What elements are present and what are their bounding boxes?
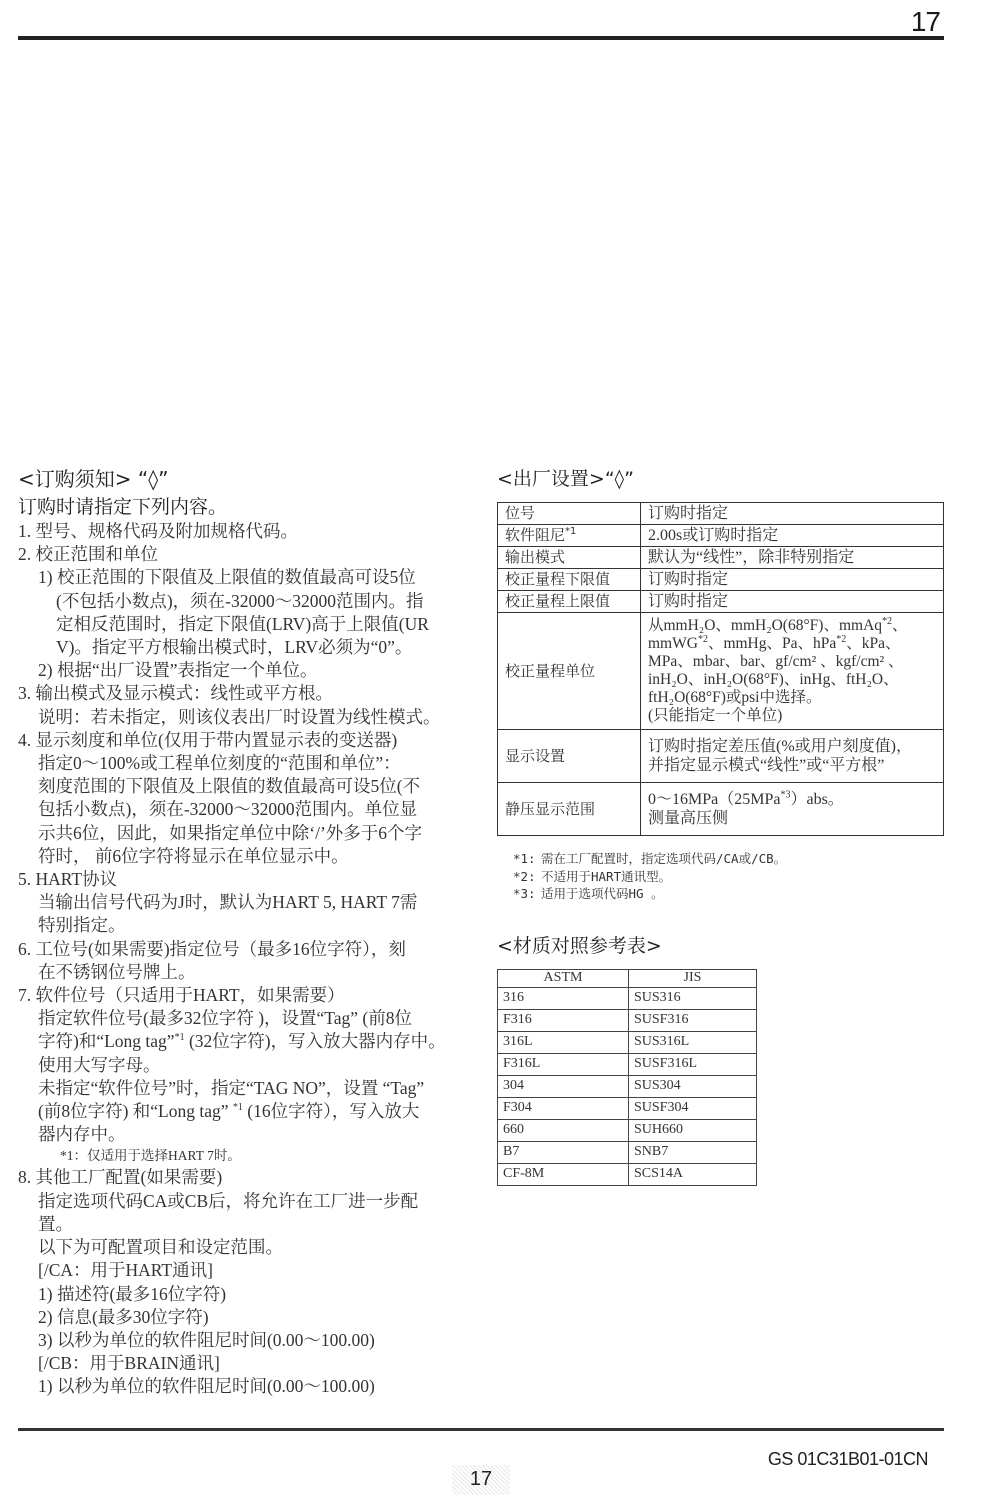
list-text: 当输出信号代码为J时，默认为HART 5, HART 7需	[18, 891, 488, 914]
list-text: 说明：若未指定，则该仪表出厂时设置为线性模式。	[18, 706, 488, 729]
list-text: 器内存中。	[18, 1123, 488, 1146]
table-row: 316SUS316	[498, 987, 757, 1009]
right-column: <出厂设置>“◊” 位号 订购时指定 软件阻尼*1 2.00s或订购时指定 输出…	[497, 466, 947, 1186]
table-row: F304SUSF304	[498, 1097, 757, 1119]
jis-cell: SUSF316L	[629, 1053, 757, 1075]
list-text: V)。指定平方根输出模式时，LRV必须为“0”。	[18, 636, 488, 659]
jis-cell: SUSF304	[629, 1097, 757, 1119]
value-line: 从mmH₂O、mmH₂O(68°F)、mmAq*2、	[648, 617, 936, 635]
list-item-5: 5. HART协议	[18, 868, 488, 891]
list-text: 指定0～100%或工程单位刻度的“范围和单位”：	[18, 752, 488, 775]
footnote-text: 不适用于HART通讯型。	[541, 869, 671, 884]
value-line: 订购时指定差压值(%或用户刻度值)，	[648, 737, 936, 756]
jis-cell: SCS14A	[629, 1163, 757, 1185]
list-item-2: 2. 校正范围和单位	[18, 543, 488, 566]
list-item-4: 4. 显示刻度和单位(仅用于带内置显示表的变送器)	[18, 729, 488, 752]
factory-settings-footnotes: *1:需在工厂配置时，指定选项代码/CA或/CB。 *2:不适用于HART通讯型…	[497, 850, 947, 903]
table-row: 校正量程单位 从mmH₂O、mmH₂O(68°F)、mmAq*2、 mmWG*2…	[498, 613, 944, 730]
table-key: 校正量程下限值	[498, 569, 641, 591]
list-text: 3) 以秒为单位的软件阻尼时间(0.00～100.00)	[18, 1329, 488, 1352]
ordering-info-title: <订购须知> “◊”	[18, 466, 488, 492]
list-text: 使用大写字母。	[18, 1054, 488, 1077]
list-item-8: 8. 其他工厂配置(如果需要)	[18, 1166, 488, 1189]
key-text: 软件阻尼	[505, 526, 565, 544]
list-text: [/CB：用于BRAIN通讯]	[18, 1352, 488, 1375]
table-row: F316SUSF316	[498, 1009, 757, 1031]
astm-cell: F316	[498, 1009, 629, 1031]
value-line: inH₂O、inH₂O(68°F)、inHg、ftH₂O、	[648, 671, 936, 689]
value-line: ftH₂O(68°F)或psi中选择。	[648, 689, 936, 707]
text-fragment: ）abs。	[790, 791, 843, 808]
list-text: (前8位字符) 和“Long tag” *1 (16位字符），写入放大	[18, 1100, 488, 1123]
footnote-ref: *2	[836, 634, 846, 645]
text-fragment: 、	[892, 617, 908, 634]
jis-cell: SUS304	[629, 1075, 757, 1097]
footnote-ref: *3	[780, 790, 790, 801]
value-line: (只能指定一个单位)	[648, 707, 936, 725]
footnote-text: 需在工厂配置时，指定选项代码/CA或/CB。	[541, 851, 786, 866]
footnote-text: 适用于选项代码HG 。	[541, 886, 664, 901]
document-code: GS 01C31B01-01CN	[768, 1449, 928, 1470]
ordering-info-list: 1. 型号、规格代码及附加规格代码。 2. 校正范围和单位 1) 校正范围的下限…	[18, 520, 488, 1399]
value-line: mmWG*2、mmHg、Pa、hPa*2、kPa、	[648, 635, 936, 653]
astm-cell: 316L	[498, 1031, 629, 1053]
list-text: 特别指定。	[18, 914, 488, 937]
list-item-6: 6. 工位号(如果需要)指定位号（最多16位字符），刻	[18, 938, 488, 961]
ordering-info-section: <订购须知> “◊” 订购时请指定下列内容。 1. 型号、规格代码及附加规格代码…	[18, 466, 488, 1399]
value-line: 0～16MPa（25MPa*3）abs。	[648, 790, 936, 809]
astm-cell: 304	[498, 1075, 629, 1097]
table-value: 订购时指定	[641, 569, 944, 591]
list-subitem: 2) 根据“出厂设置”表指定一个单位。	[18, 659, 488, 682]
text-fragment: 从mmH₂O、mmH₂O(68°F)、mmAq	[648, 617, 882, 634]
table-row: 316LSUS316L	[498, 1031, 757, 1053]
list-text: 未指定“软件位号”时，指定“TAG NO”，设置 “Tag”	[18, 1077, 488, 1100]
footnote-ref: *2	[698, 634, 708, 645]
footnote-ref: *1	[233, 1102, 243, 1113]
list-text: (不包括小数点)，须在-32000～32000范围内。指	[18, 590, 488, 613]
astm-cell: B7	[498, 1141, 629, 1163]
footnote: *1:需在工厂配置时，指定选项代码/CA或/CB。	[513, 850, 947, 868]
jis-cell: SUS316L	[629, 1031, 757, 1053]
value-line: MPa、mbar、bar、gf/cm² 、kgf/cm² 、	[648, 653, 936, 671]
text-fragment: (32位字符)，写入放大器内存中。	[185, 1031, 446, 1051]
list-text: 置。	[18, 1213, 488, 1236]
list-text: 示共6位，因此，如果指定单位中除‘/’外多于6个字	[18, 822, 488, 845]
materials-table: ASTM JIS 316SUS316 F316SUSF316 316LSUS31…	[497, 969, 757, 1186]
table-row: 显示设置 订购时指定差压值(%或用户刻度值)， 并指定显示模式“线性”或“平方根…	[498, 730, 944, 783]
table-row: 静压显示范围 0～16MPa（25MPa*3）abs。 测量高压侧	[498, 783, 944, 836]
list-text: 2) 信息(最多30位字符)	[18, 1306, 488, 1329]
text-fragment: 字符)和“Long tag”	[38, 1031, 175, 1051]
list-item-7: 7. 软件位号（只适用于HART，如果需要）	[18, 984, 488, 1007]
factory-settings-title: <出厂设置>“◊”	[497, 466, 947, 492]
column-header-astm: ASTM	[498, 969, 629, 987]
table-value: 默认为“线性”，除非特别指定	[641, 547, 944, 569]
list-text: 指定选项代码CA或CB后，将允许在工厂进一步配	[18, 1190, 488, 1213]
table-row: B7SNB7	[498, 1141, 757, 1163]
list-text: 定相反范围时，指定下限值(LRV)高于上限值(UR	[18, 613, 488, 636]
header-rule	[18, 36, 944, 40]
astm-cell: F316L	[498, 1053, 629, 1075]
footnote-mark: *2:	[513, 868, 541, 886]
list-text: 符时， 前6位字符将显示在单位显示中。	[18, 845, 488, 868]
list-text: 包括小数点)，须在-32000～32000范围内。单位显	[18, 798, 488, 821]
footnote: *2:不适用于HART通讯型。	[513, 868, 947, 886]
footnote-mark: *3:	[513, 885, 541, 903]
astm-cell: F304	[498, 1097, 629, 1119]
astm-cell: CF-8M	[498, 1163, 629, 1185]
list-text: 在不锈钢位号牌上。	[18, 961, 488, 984]
list-text: 1) 描述符(最多16位字符)	[18, 1283, 488, 1306]
table-value: 订购时指定	[641, 503, 944, 525]
table-value: 0～16MPa（25MPa*3）abs。 测量高压侧	[641, 783, 944, 836]
table-row: 校正量程上限值 订购时指定	[498, 591, 944, 613]
table-row: CF-8MSCS14A	[498, 1163, 757, 1185]
text-fragment: 0～16MPa（25MPa	[648, 791, 780, 808]
table-key: 校正量程单位	[498, 613, 641, 730]
list-subitem: 1) 校正范围的下限值及上限值的数值最高可设5位	[18, 566, 488, 589]
table-value: 2.00s或订购时指定	[641, 525, 944, 547]
value-line: 并指定显示模式“线性”或“平方根”	[648, 756, 936, 775]
table-row: 304SUS304	[498, 1075, 757, 1097]
jis-cell: SUS316	[629, 987, 757, 1009]
table-row: 输出模式 默认为“线性”，除非特别指定	[498, 547, 944, 569]
factory-settings-table: 位号 订购时指定 软件阻尼*1 2.00s或订购时指定 输出模式 默认为“线性”…	[497, 502, 944, 836]
footer-rule	[18, 1428, 944, 1431]
text-fragment: (前8位字符) 和“Long tag”	[38, 1101, 233, 1121]
table-row: 660SUH660	[498, 1119, 757, 1141]
jis-cell: SNB7	[629, 1141, 757, 1163]
table-key: 校正量程上限值	[498, 591, 641, 613]
table-key: 位号	[498, 503, 641, 525]
list-text: 刻度范围的下限值及上限值的数值最高可设5位(不	[18, 775, 488, 798]
table-header-row: ASTM JIS	[498, 969, 757, 987]
footnote: *3:适用于选项代码HG 。	[513, 885, 947, 903]
footnote-ref: *2	[882, 616, 892, 627]
value-line: 测量高压侧	[648, 809, 936, 828]
table-key: 输出模式	[498, 547, 641, 569]
column-header-jis: JIS	[629, 969, 757, 987]
page-number-bottom: 17	[452, 1465, 510, 1495]
list-text: [/CA：用于HART通讯]	[18, 1259, 488, 1282]
list-text: 指定软件位号(最多32位字符 )，设置“Tag” (前8位	[18, 1007, 488, 1030]
table-key: 静压显示范围	[498, 783, 641, 836]
footnote-ref: *1	[565, 526, 576, 537]
list-text: 1) 以秒为单位的软件阻尼时间(0.00～100.00)	[18, 1375, 488, 1398]
text-fragment: (16位字符），写入放大	[243, 1101, 419, 1121]
jis-cell: SUSF316	[629, 1009, 757, 1031]
text-fragment: mmWG	[648, 635, 698, 652]
table-key: 软件阻尼*1	[498, 525, 641, 547]
footnote-mark: *1:	[513, 850, 541, 868]
jis-cell: SUH660	[629, 1119, 757, 1141]
table-value: 订购时指定差压值(%或用户刻度值)， 并指定显示模式“线性”或“平方根”	[641, 730, 944, 783]
footnote-note: *1：仅适用于选择HART 7时。	[18, 1146, 488, 1166]
table-row: 位号 订购时指定	[498, 503, 944, 525]
list-item-1: 1. 型号、规格代码及附加规格代码。	[18, 520, 488, 543]
page-number-top: 17	[911, 6, 940, 38]
table-row: 软件阻尼*1 2.00s或订购时指定	[498, 525, 944, 547]
table-value: 从mmH₂O、mmH₂O(68°F)、mmAq*2、 mmWG*2、mmHg、P…	[641, 613, 944, 730]
ordering-info-subtitle: 订购时请指定下列内容。	[18, 494, 488, 520]
text-fragment: 、mmHg、Pa、hPa	[708, 635, 836, 652]
astm-cell: 316	[498, 987, 629, 1009]
materials-title: <材质对照参考表>	[497, 933, 947, 959]
footnote-ref: *1	[175, 1033, 185, 1044]
astm-cell: 660	[498, 1119, 629, 1141]
table-row: F316LSUSF316L	[498, 1053, 757, 1075]
list-item-3: 3. 输出模式及显示模式：线性或平方根。	[18, 682, 488, 705]
list-text: 字符)和“Long tag”*1 (32位字符)，写入放大器内存中。	[18, 1030, 488, 1053]
text-fragment: 、kPa、	[846, 635, 900, 652]
list-text: 以下为可配置项目和设定范围。	[18, 1236, 488, 1259]
table-value: 订购时指定	[641, 591, 944, 613]
table-key: 显示设置	[498, 730, 641, 783]
table-row: 校正量程下限值 订购时指定	[498, 569, 944, 591]
